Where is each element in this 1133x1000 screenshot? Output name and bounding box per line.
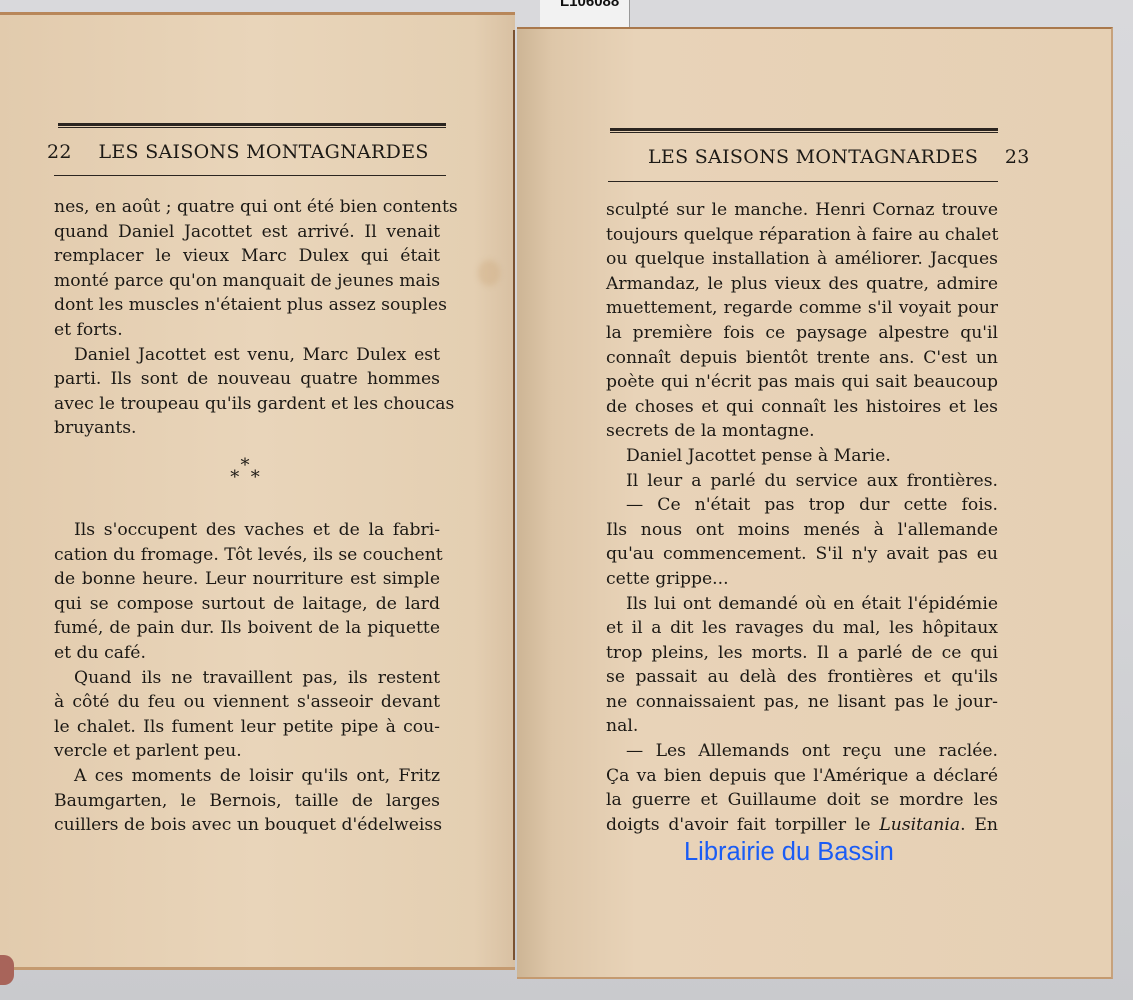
text-line: se passait au delà des frontières et qu'… xyxy=(606,665,998,690)
text-line: — Ce n'était pas trop dur cette fois. xyxy=(606,493,998,518)
text-line: poète qui n'écrit pas mais qui sait beau… xyxy=(606,370,998,395)
header-rule-thick-right xyxy=(610,128,998,133)
text-line: avec le troupeau qu'ils gardent et les c… xyxy=(54,392,440,417)
text-line: à côté du feu ou viennent s'asseoir deva… xyxy=(54,690,440,715)
text-line: Baumgarten, le Bernois, taille de larges xyxy=(54,789,440,814)
text-line: nes, en août ; quatre qui ont été bien c… xyxy=(54,195,440,220)
text-line: nal. xyxy=(606,714,998,739)
text-line: Ils lui ont demandé où en était l'épidém… xyxy=(606,592,998,617)
text-line: vercle et parlent peu. xyxy=(54,739,440,764)
text-line-last: doigts d'avoir fait torpiller le Lusitan… xyxy=(606,813,998,838)
text-line: et du café. xyxy=(54,641,440,666)
watermark-librairie: Librairie du Bassin xyxy=(684,838,894,867)
text-segment: . En xyxy=(960,815,998,835)
text-line: bruyants. xyxy=(54,416,440,441)
text-line: Il leur a parlé du service aux frontière… xyxy=(606,469,998,494)
inventory-number: L106088 xyxy=(560,0,619,10)
text-line: fumé, de pain dur. Ils boivent de la piq… xyxy=(54,616,440,641)
page-number-right: 23 xyxy=(1005,146,1030,168)
text-segment: doigts d'avoir fait torpiller le xyxy=(606,815,879,835)
text-line: cette grippe... xyxy=(606,567,998,592)
text-line: parti. Ils sont de nouveau quatre hommes xyxy=(54,367,440,392)
text-line: Quand ils ne travaillent pas, ils resten… xyxy=(54,666,440,691)
left-page-body-bottom: Ils s'occupent des vaches et de la fabri… xyxy=(54,518,440,838)
text-line: dont les muscles n'étaient plus assez so… xyxy=(54,293,440,318)
header-rule-thick-left xyxy=(58,123,446,128)
page-number-left: 22 xyxy=(47,141,72,163)
text-line: Daniel Jacottet pense à Marie. xyxy=(606,444,998,469)
text-line: monté parce qu'on manquait de jeunes mai… xyxy=(54,269,440,294)
running-title-right: LES SAISONS MONTAGNARDES xyxy=(648,146,978,168)
header-rule-thin-right xyxy=(608,181,998,182)
text-line: Ils s'occupent des vaches et de la fabri… xyxy=(54,518,440,543)
text-line: la première fois ce paysage alpestre qu'… xyxy=(606,321,998,346)
finger-edge xyxy=(0,955,14,985)
text-line: qui se compose surtout de laitage, de la… xyxy=(54,592,440,617)
text-line: et forts. xyxy=(54,318,440,343)
text-line: ne connaissaient pas, ne lisant pas le j… xyxy=(606,690,998,715)
text-line: de choses et qui connaît les histoires e… xyxy=(606,395,998,420)
text-line: connaît depuis bientôt trente ans. C'est… xyxy=(606,346,998,371)
paper-stain xyxy=(478,260,500,286)
text-line: Ils nous ont moins menés à l'allemande xyxy=(606,518,998,543)
text-line: secrets de la montagne. xyxy=(606,419,998,444)
text-line: trop pleins, les morts. Il a parlé de ce… xyxy=(606,641,998,666)
text-line: — Les Allemands ont reçu une raclée. xyxy=(606,739,998,764)
text-line: remplacer le vieux Marc Dulex qui était xyxy=(54,244,440,269)
text-line: A ces moments de loisir qu'ils ont, Frit… xyxy=(54,764,440,789)
text-line: Armandaz, le plus vieux des quatre, admi… xyxy=(606,272,998,297)
text-line: le chalet. Ils fument leur petite pipe à… xyxy=(54,715,440,740)
italic-ship-name: Lusitania xyxy=(879,815,960,835)
text-line: ou quelque installation à améliorer. Jac… xyxy=(606,247,998,272)
text-line: la guerre et Guillaume doit se mordre le… xyxy=(606,788,998,813)
text-line: Ça va bien depuis que l'Amérique a décla… xyxy=(606,764,998,789)
section-break-asterism: ** * xyxy=(220,460,270,484)
header-rule-thin-left xyxy=(54,175,446,176)
text-line: cation du fromage. Tôt levés, ils se cou… xyxy=(54,543,440,568)
left-page-header: 22 LES SAISONS MONTAGNARDES xyxy=(47,141,429,163)
text-line: muettement, regarde comme s'il voyait po… xyxy=(606,296,998,321)
text-line: Daniel Jacottet est venu, Marc Dulex est xyxy=(54,343,440,368)
running-title-left: LES SAISONS MONTAGNARDES xyxy=(98,141,428,163)
book-gutter xyxy=(513,30,515,960)
text-line: et il a dit les ravages du mal, les hôpi… xyxy=(606,616,998,641)
text-line: de bonne heure. Leur nourriture est simp… xyxy=(54,567,440,592)
right-page-body: sculpté sur le manche. Henri Cornaz trou… xyxy=(606,198,998,837)
text-line: quand Daniel Jacottet est arrivé. Il ven… xyxy=(54,220,440,245)
text-line: toujours quelque réparation à faire au c… xyxy=(606,223,998,248)
left-page-body-top: nes, en août ; quatre qui ont été bien c… xyxy=(54,195,440,441)
text-line: sculpté sur le manche. Henri Cornaz trou… xyxy=(606,198,998,223)
right-page-header: LES SAISONS MONTAGNARDES 23 xyxy=(648,146,1030,168)
text-line: qu'au commencement. S'il n'y avait pas e… xyxy=(606,542,998,567)
text-line: cuillers de bois avec un bouquet d'édelw… xyxy=(54,813,440,838)
